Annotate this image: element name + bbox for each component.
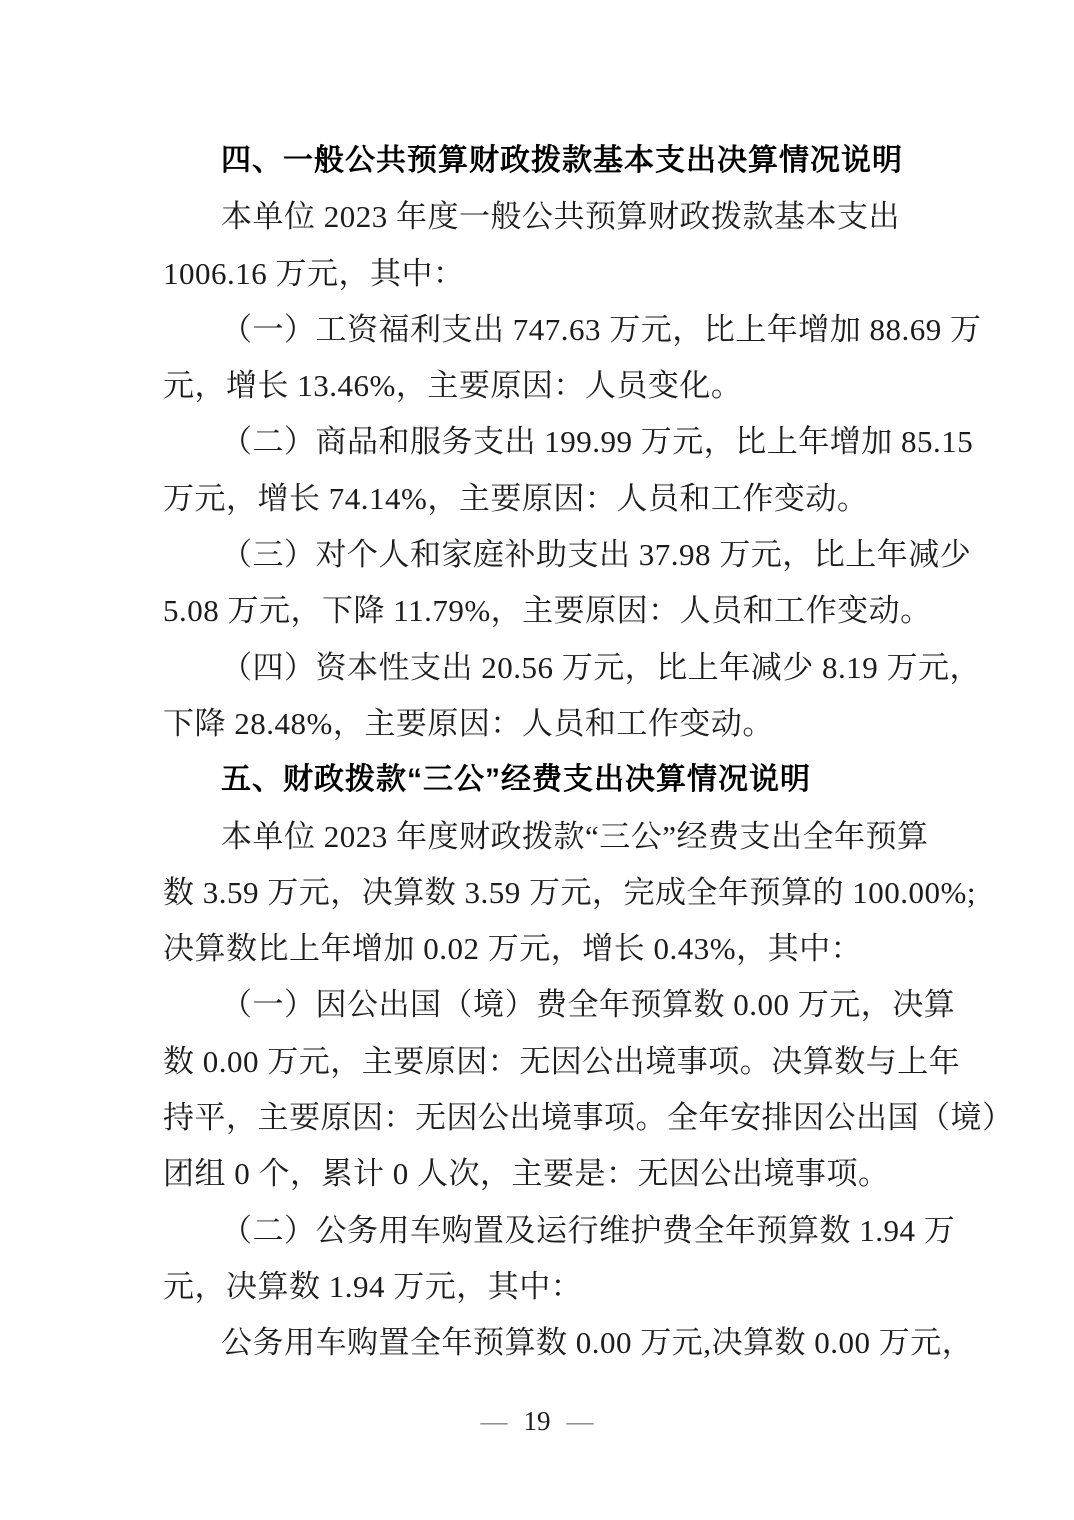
text-line: 本单位 2023 年度一般公共预算财政拨款基本支出 xyxy=(163,189,915,245)
text-line: （四）资本性支出 20.56 万元，比上年减少 8.19 万元， xyxy=(163,640,915,696)
text-line: （一）因公出国（境）费全年预算数 0.00 万元，决算 xyxy=(163,977,915,1033)
text-line: 元，决算数 1.94 万元，其中： xyxy=(163,1259,915,1315)
document-body: 四、一般公共预算财政拨款基本支出决算情况说明 本单位 2023 年度一般公共预算… xyxy=(163,133,915,1372)
text-line: 本单位 2023 年度财政拨款“三公”经费支出全年预算 xyxy=(163,809,915,865)
section-heading: 四、一般公共预算财政拨款基本支出决算情况说明 xyxy=(163,133,915,189)
text-line: 团组 0 个，累计 0 人次，主要是：无因公出境事项。 xyxy=(163,1146,915,1202)
text-line: （一）工资福利支出 747.63 万元，比上年增加 88.69 万 xyxy=(163,302,915,358)
text-line: 万元，增长 74.14%，主要原因：人员和工作变动。 xyxy=(163,471,915,527)
document-page: 四、一般公共预算财政拨款基本支出决算情况说明 本单位 2023 年度一般公共预算… xyxy=(0,0,1074,1520)
text-line: （二）商品和服务支出 199.99 万元，比上年增加 85.15 xyxy=(163,414,915,470)
text-line: 下降 28.48%，主要原因：人员和工作变动。 xyxy=(163,696,915,752)
text-line: 决算数比上年增加 0.02 万元，增长 0.43%，其中： xyxy=(163,921,915,977)
footer-dash-left: — xyxy=(481,1406,508,1436)
text-line: 持平，主要原因：无因公出境事项。全年安排因公出国（境） xyxy=(163,1090,915,1146)
text-line: 元，增长 13.46%，主要原因：人员变化。 xyxy=(163,358,915,414)
section-heading: 五、财政拨款“三公”经费支出决算情况说明 xyxy=(163,752,915,808)
footer-dash-right: — xyxy=(567,1406,594,1436)
page-number: 19 xyxy=(524,1406,551,1436)
page-footer: —19— xyxy=(0,1401,1074,1441)
text-line: （三）对个人和家庭补助支出 37.98 万元，比上年减少 xyxy=(163,527,915,583)
text-line: 数 3.59 万元，决算数 3.59 万元，完成全年预算的 100.00%; xyxy=(163,865,915,921)
text-line: 1006.16 万元，其中： xyxy=(163,246,915,302)
text-line: 公务用车购置全年预算数 0.00 万元,决算数 0.00 万元， xyxy=(163,1315,915,1371)
text-line: 数 0.00 万元，主要原因：无因公出境事项。决算数与上年 xyxy=(163,1034,915,1090)
text-line: （二）公务用车购置及运行维护费全年预算数 1.94 万 xyxy=(163,1203,915,1259)
text-line: 5.08 万元，下降 11.79%，主要原因：人员和工作变动。 xyxy=(163,583,915,639)
